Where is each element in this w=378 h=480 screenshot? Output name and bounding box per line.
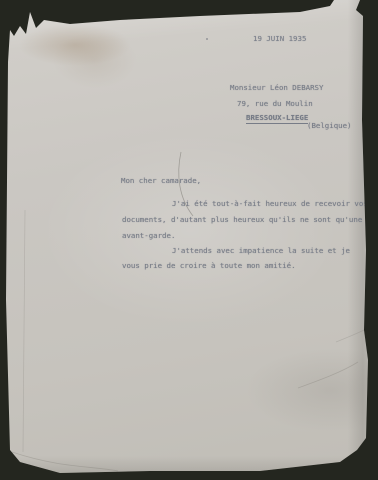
paper-texture xyxy=(0,0,378,480)
salutation: Mon cher camarade, xyxy=(121,177,201,185)
body-line-4: J'attends avec impatience la suite et je xyxy=(172,247,350,255)
body-line-2: documents, d'autant plus heureux qu'ils … xyxy=(122,216,362,224)
crease-marks xyxy=(0,0,378,480)
ink-speck xyxy=(206,38,208,40)
scan-background: 19 JUIN 1935 Monsieur Léon DEBARSY 79, r… xyxy=(0,0,378,480)
body-line-5: vous prie de croire à toute mon amitié. xyxy=(122,262,296,270)
date-stamp: 19 JUIN 1935 xyxy=(253,35,306,43)
recipient-name: Monsieur Léon DEBARSY xyxy=(230,84,323,92)
body-line-3: avant-garde. xyxy=(122,232,175,240)
recipient-country: (Belgique) xyxy=(307,122,352,130)
recipient-street: 79, rue du Moulin xyxy=(237,100,313,108)
body-line-1: J'ai été tout-à-fait heureux de recevoir… xyxy=(172,200,368,208)
letter-paper: 19 JUIN 1935 Monsieur Léon DEBARSY 79, r… xyxy=(0,0,378,480)
recipient-city: BRESSOUX-LIEGE xyxy=(246,114,308,124)
